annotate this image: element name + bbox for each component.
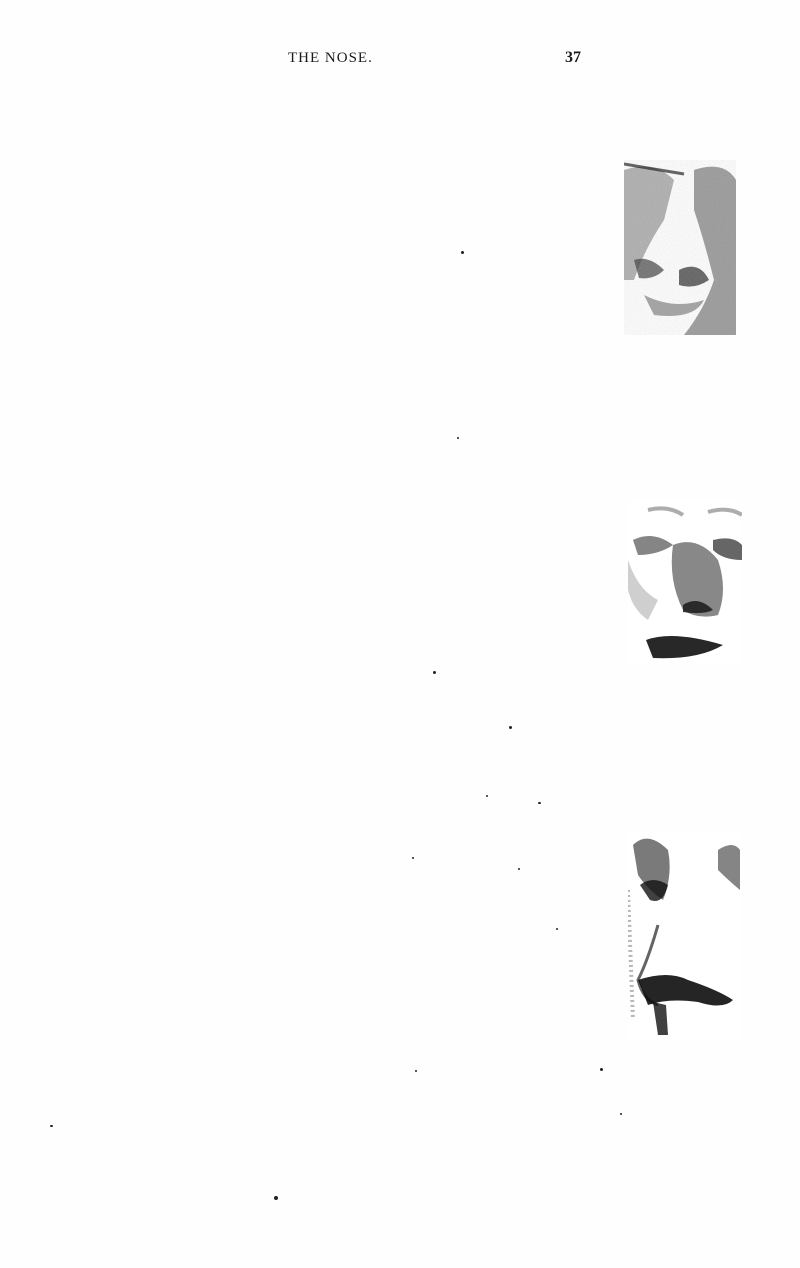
speck [518,868,520,870]
nose-sketch-three-quarter [628,830,740,1040]
nose-sketch-front-1 [624,160,736,335]
speck [415,1070,417,1072]
speck [412,857,414,859]
speck [620,1113,622,1115]
speck [509,726,512,729]
speck [538,802,541,804]
speck [274,1196,278,1200]
speck [50,1125,53,1127]
running-head: THE NOSE. [288,50,373,67]
speck [486,795,488,797]
speck [556,928,558,930]
speck [457,437,459,439]
book-page: THE NOSE. 37 [0,0,800,1268]
nose-sketch-front-2 [628,500,742,665]
page-number: 37 [565,49,581,67]
speck [600,1068,603,1071]
speck [433,671,436,674]
speck [461,251,464,254]
